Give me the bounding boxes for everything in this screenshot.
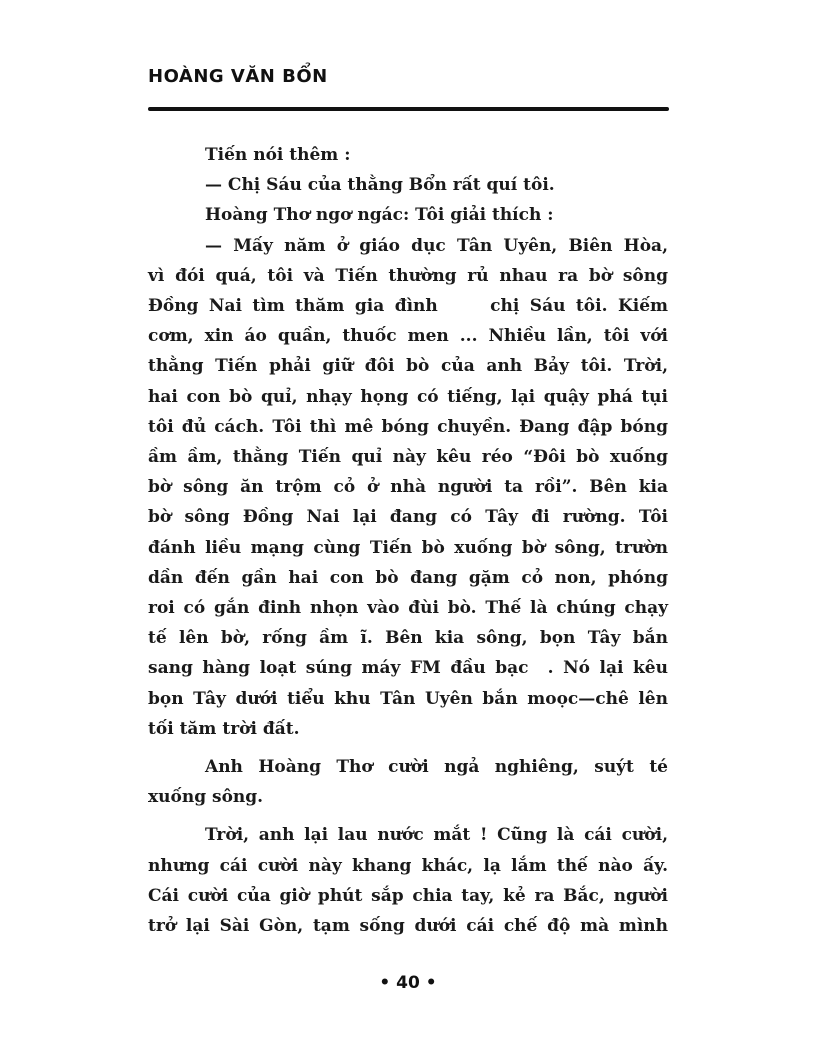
text-line: nhưng cái cười này khang khác, lạ lắm th… [148, 851, 668, 881]
text-line: ầm ầm, thằng Tiến quỉ này kêu réo “Đôi b… [148, 442, 668, 472]
paragraph: Hoàng Thơ ngơ ngác: Tôi giải thích : [148, 200, 668, 230]
text-line: bờ sông ăn trộm cỏ ở nhà người ta rồi”. … [148, 472, 668, 502]
text-line: roi có gắn đinh nhọn vào đùi bò. Thế là … [148, 593, 668, 623]
paragraph: — Chị Sáu của thằng Bổn rất quí tôi. [148, 170, 668, 200]
text-line: — Chị Sáu của thằng Bổn rất quí tôi. [148, 170, 668, 200]
body-text: Tiến nói thêm : — Chị Sáu của thằng Bổn … [148, 140, 668, 941]
paragraph: Tiến nói thêm : [148, 140, 668, 170]
text-line: Đồng Nai tìm thăm gia đình chị Sáu tôi. … [148, 291, 668, 321]
text-line: Anh Hoàng Thơ cười ngả nghiêng, suýt té [148, 752, 668, 782]
text-line: hai con bò quỉ, nhạy họng có tiếng, lại … [148, 382, 668, 412]
text-line: vì đói quá, tôi và Tiến thường rủ nhau r… [148, 261, 668, 291]
text-line: Hoàng Thơ ngơ ngác: Tôi giải thích : [148, 200, 668, 230]
header-rule [148, 107, 669, 111]
text-line: tôi đủ cách. Tôi thì mê bóng chuyền. Đan… [148, 412, 668, 442]
page-number: • 40 • [0, 973, 816, 993]
paragraph: Trời, anh lại lau nước mắt ! Cũng là cái… [148, 820, 668, 941]
text-line: cơm, xin áo quần, thuốc men ... Nhiều lầ… [148, 321, 668, 351]
text-line: thằng Tiến phải giữ đôi bò của anh Bảy t… [148, 351, 668, 381]
text-line: trở lại Sài Gòn, tạm sống dưới cái chế đ… [148, 911, 668, 941]
text-line: bọn Tây dưới tiểu khu Tân Uyên bắn moọc—… [148, 684, 668, 714]
text-line: tối tăm trời đất. [148, 714, 668, 744]
text-line: Tiến nói thêm : [148, 140, 668, 170]
text-line: xuống sông. [148, 782, 668, 812]
text-line: tế lên bờ, rống ầm ĩ. Bên kia sông, bọn … [148, 623, 668, 653]
paragraph: — Mấy năm ở giáo dục Tân Uyên, Biên Hòa,… [148, 231, 668, 744]
text-line: dần đến gần hai con bò đang gặm cỏ non, … [148, 563, 668, 593]
text-line: Cái cười của giờ phút sắp chia tay, kẻ r… [148, 881, 668, 911]
text-line: — Mấy năm ở giáo dục Tân Uyên, Biên Hòa, [148, 231, 668, 261]
text-line: sang hàng loạt súng máy FM đầu bạc . Nó … [148, 653, 668, 683]
text-line: đánh liều mạng cùng Tiến bò xuống bờ sôn… [148, 533, 668, 563]
paragraph: Anh Hoàng Thơ cười ngả nghiêng, suýt té … [148, 752, 668, 812]
text-line: Trời, anh lại lau nước mắt ! Cũng là cái… [148, 820, 668, 850]
running-header: HOÀNG VĂN BỔN [148, 66, 328, 87]
text-line: bờ sông Đồng Nai lại đang có Tây đi rườn… [148, 502, 668, 532]
